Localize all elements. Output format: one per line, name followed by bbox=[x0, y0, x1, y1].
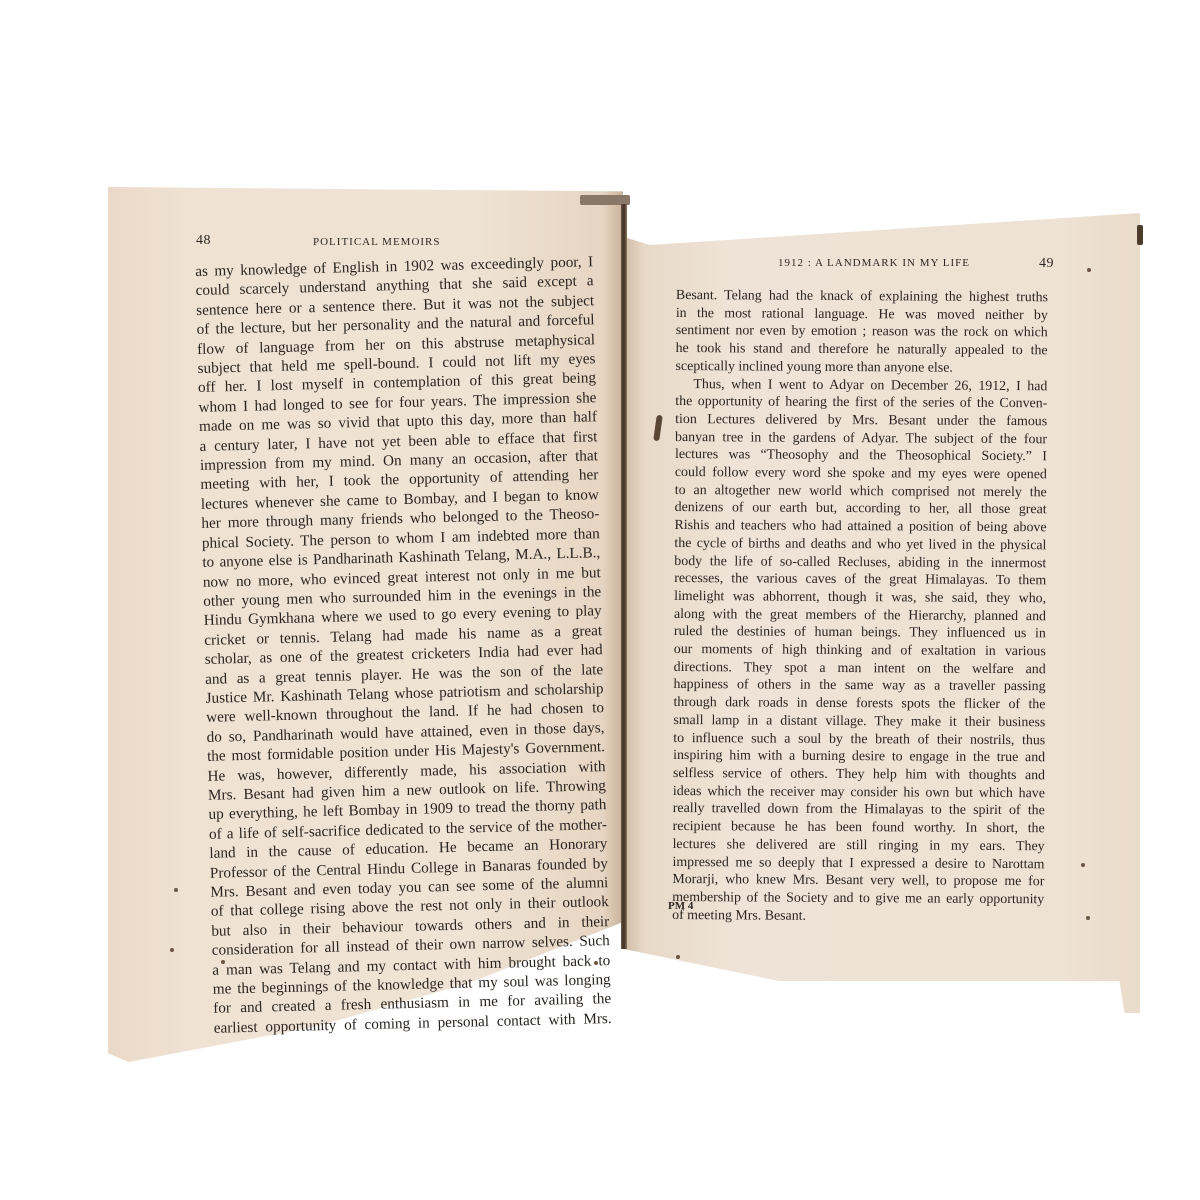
text-line: ruled the destinies of human beings. The… bbox=[674, 623, 1046, 643]
open-book: 48 POLITICAL MEMOIRS 1912 : A LANDMARK I… bbox=[0, 0, 1200, 1200]
text-line: our moments of high thinking and of exal… bbox=[674, 641, 1046, 661]
text-line: happiness of others in the same way as a… bbox=[674, 676, 1046, 696]
text-line: Rishis and teachers who had attained a p… bbox=[674, 517, 1046, 537]
paper-speck bbox=[1081, 863, 1085, 867]
text-line: Morarji, who knew Mrs. Besant very well,… bbox=[672, 871, 1044, 891]
text-line: Besant. Telang had the knack of explaini… bbox=[676, 287, 1048, 307]
text-line: banyan tree in the gardens of Adyar. The… bbox=[675, 429, 1047, 449]
left-running-head: POLITICAL MEMOIRS bbox=[313, 236, 441, 248]
left-page-body: as my knowledge of English in 1902 was e… bbox=[195, 252, 612, 1038]
text-line: could follow every word she spoke and my… bbox=[675, 464, 1047, 484]
right-running-head: 1912 : A LANDMARK IN MY LIFE bbox=[778, 257, 970, 269]
text-line: selfless service of others. They help hi… bbox=[673, 765, 1045, 785]
text-line: ideas which the receiver may consider hi… bbox=[673, 783, 1045, 803]
text-line: tion Lectures delivered by Mrs. Besant u… bbox=[675, 411, 1047, 431]
cover-edge bbox=[1137, 225, 1143, 245]
text-line: really travelled down from the Himalayas… bbox=[673, 800, 1045, 820]
text-line: denizens of our earth but, according to … bbox=[675, 499, 1047, 519]
text-line: recipient because he has been found wort… bbox=[673, 818, 1045, 838]
paper-speck bbox=[676, 955, 680, 959]
text-line: to influence such a soul by the breath o… bbox=[673, 730, 1045, 750]
text-line: lectures she delivered are still ringing… bbox=[673, 836, 1045, 856]
text-line: impressed me so deeply that I expressed … bbox=[672, 853, 1044, 873]
text-line: membership of the Society and to give me… bbox=[672, 889, 1044, 909]
book-spine bbox=[621, 204, 627, 949]
text-line: sentiment nor even by emotion ; reason w… bbox=[676, 322, 1048, 342]
paper-speck bbox=[170, 948, 174, 952]
paper-speck bbox=[1086, 916, 1090, 920]
text-line: Thus, when I went to Adyar on December 2… bbox=[675, 376, 1047, 396]
text-line: the opportunity of hearing the first of … bbox=[675, 393, 1047, 413]
text-line: of meeting Mrs. Besant. bbox=[672, 907, 1044, 927]
paper-speck bbox=[221, 960, 225, 964]
text-line: directions. They spot a man intent on th… bbox=[674, 659, 1046, 679]
right-page-body: Besant. Telang had the knack of explaini… bbox=[672, 287, 1048, 927]
paper-speck bbox=[1087, 268, 1091, 272]
paper-speck bbox=[174, 888, 178, 892]
text-line: inspiring him with a burning desire to e… bbox=[673, 747, 1045, 767]
text-line: sceptically inclined young more than any… bbox=[675, 358, 1047, 378]
text-line: to an altogether new world which compris… bbox=[675, 482, 1047, 502]
text-line: recesses, the various caves of the great… bbox=[674, 570, 1046, 590]
signature-mark: PM 4 bbox=[668, 900, 693, 912]
text-line: lectures was “Theosophy and the Theosoph… bbox=[675, 446, 1047, 466]
text-line: small lamp in a distant village. They ma… bbox=[673, 712, 1045, 732]
text-line: the cycle of births and deaths and who y… bbox=[674, 535, 1046, 555]
text-line: body the life of so-called Recluses, abi… bbox=[674, 553, 1046, 573]
text-line: he took his stand and therefore he natur… bbox=[676, 340, 1048, 360]
text-line: in the most rational language. He was mo… bbox=[676, 305, 1048, 325]
paper-speck bbox=[594, 961, 598, 965]
right-page-number: 49 bbox=[1039, 256, 1054, 272]
text-line: limelight was abhorrent, though it was, … bbox=[674, 588, 1046, 608]
left-page-number: 48 bbox=[196, 233, 211, 249]
text-line: along with the great members of the Hier… bbox=[674, 606, 1046, 626]
text-line: through dark roads in dense forests spot… bbox=[673, 694, 1045, 714]
